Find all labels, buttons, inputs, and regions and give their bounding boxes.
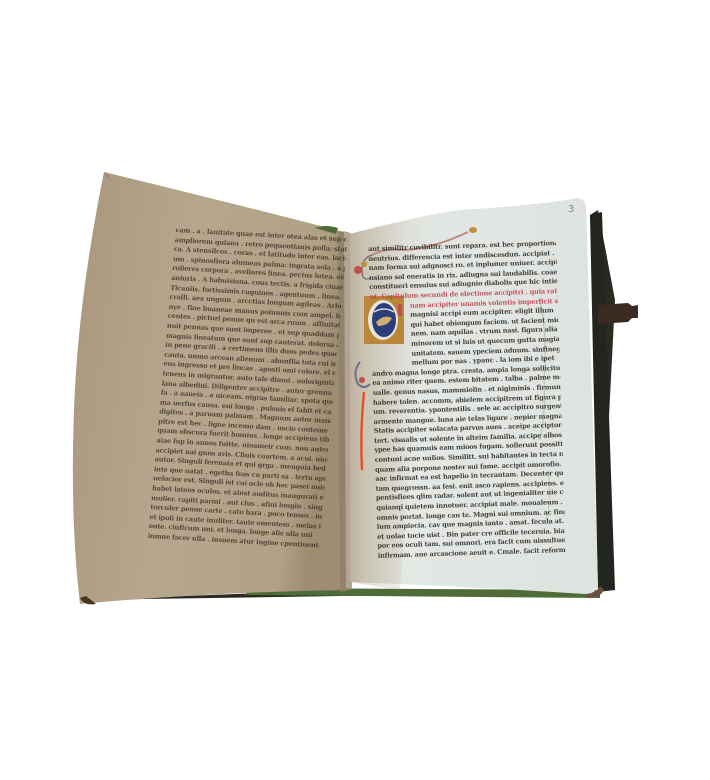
left-page-text: cam . a . lanitate quae est inter otea a…: [147, 226, 347, 551]
flourish-red-bud: [354, 266, 362, 274]
manuscript-photo: 3 cam . a . lanitate quae est inter otea…: [0, 0, 710, 780]
book-illustration: [0, 0, 710, 780]
folio-number: 3: [568, 204, 574, 215]
clasp-strap: [598, 303, 638, 324]
lower-flourish-bud: [359, 377, 365, 383]
flourish-gold-bud: [361, 261, 367, 267]
right-page-text: aut similitr cuvibilitr. sunt repara. es…: [368, 239, 566, 561]
gold-dot: [469, 227, 477, 233]
